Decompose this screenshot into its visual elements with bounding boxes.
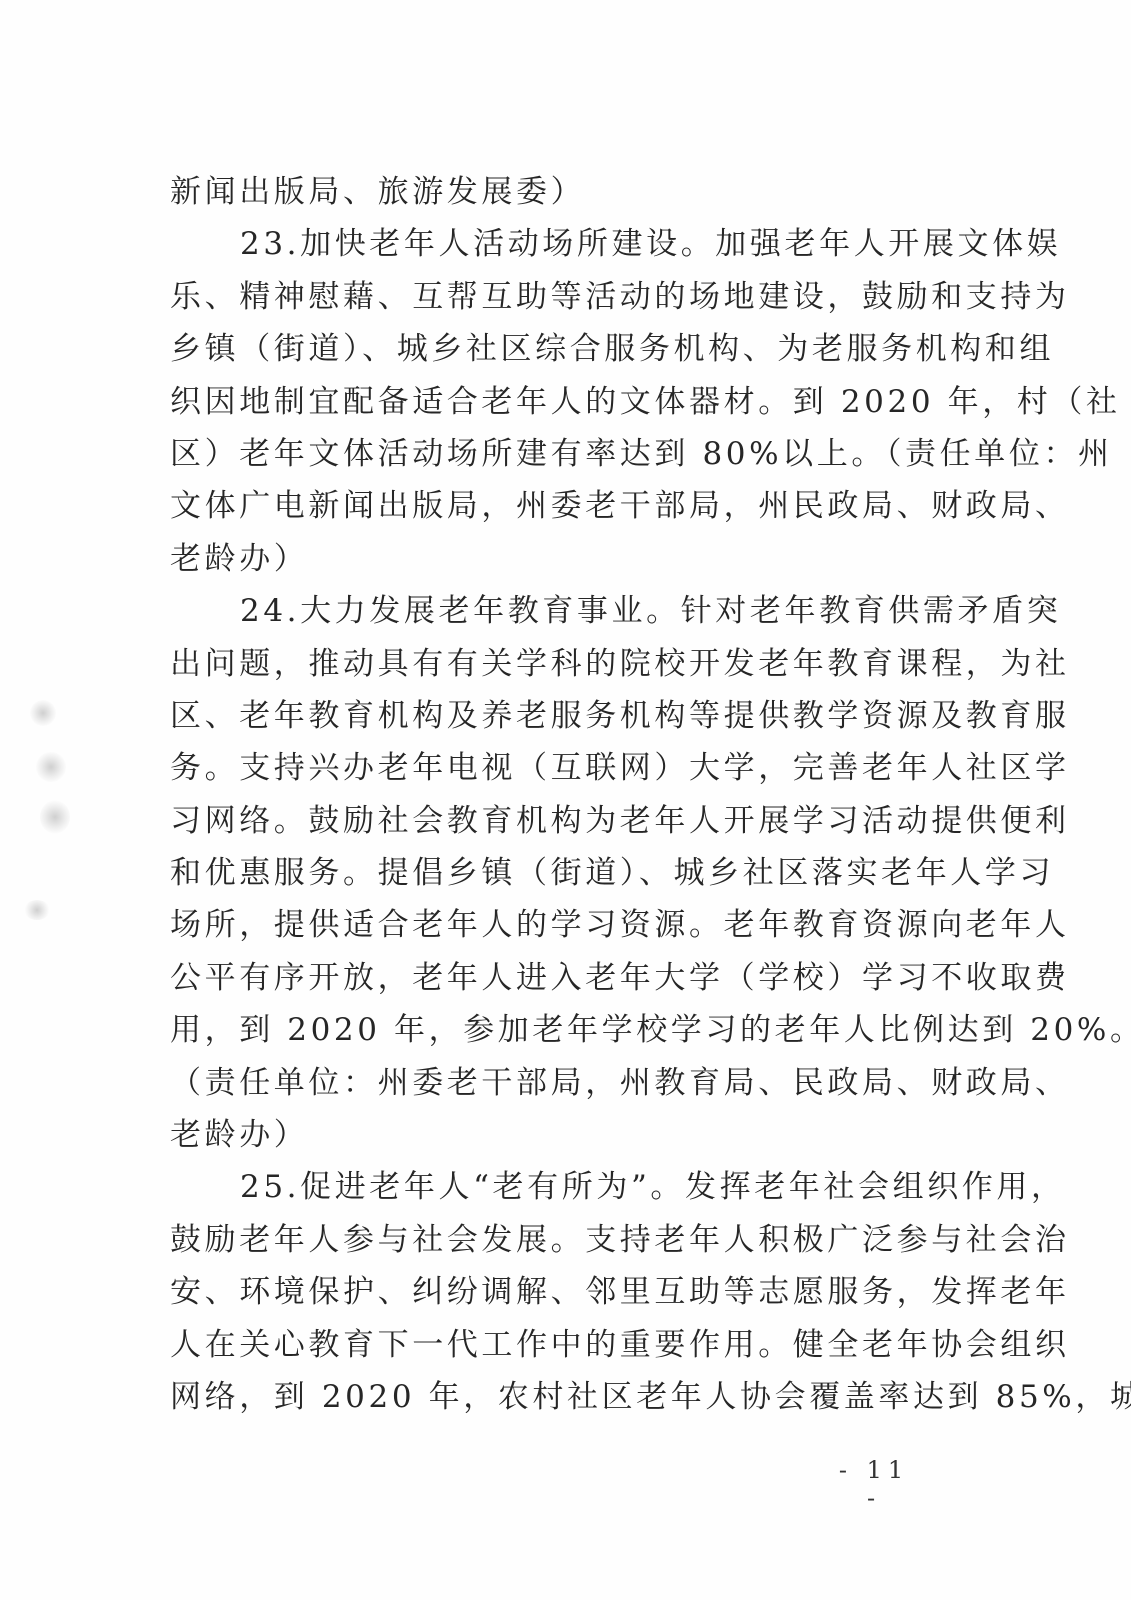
text-line: 区、老年教育机构及养老服务机构等提供教学资源及教育服 [170,690,942,742]
text-line: 文体广电新闻出版局，州委老干部局，州民政局、财政局、 [170,480,942,532]
text-line: 公平有序开放，老年人进入老年大学（学校）学习不收取费 [170,952,942,1004]
text-line: 新闻出版局、旅游发展委） [170,166,942,218]
text-line: 习网络。鼓励社会教育机构为老年人开展学习活动提供便利 [170,795,942,847]
text-line: 务。支持兴办老年电视（互联网）大学，完善老年人社区学 [170,742,942,794]
scan-speck [40,800,70,834]
scan-speck [30,700,56,726]
text-line: 用，到 2020 年，参加老年学校学习的老年人比例达到 20%。 [170,1004,942,1056]
text-line: 网络，到 2020 年，农村社区老年人协会覆盖率达到 85%，城 [170,1371,942,1423]
text-line: 出问题，推动具有有关学科的院校开发老年教育课程，为社 [170,638,942,690]
text-line: 场所，提供适合老年人的学习资源。老年教育资源向老年人 [170,899,942,951]
text-line: 乐、精神慰藉、互帮互助等活动的场地建设，鼓励和支持为 [170,271,942,323]
item-25-heading-line: 25.促进老年人“老有所为”。发挥老年社会组织作用， [170,1161,942,1213]
text-line: 和优惠服务。提倡乡镇（街道）、城乡社区落实老年人学习 [170,847,942,899]
document-body: 新闻出版局、旅游发展委） 23.加快老年人活动场所建设。加强老年人开展文体娱 乐… [170,166,942,1423]
text-line: 人在关心教育下一代工作中的重要作用。健全老年协会组织 [170,1319,942,1371]
scanned-page: 新闻出版局、旅游发展委） 23.加快老年人活动场所建设。加强老年人开展文体娱 乐… [0,0,1131,1600]
scan-speck [36,752,66,782]
scan-speck [24,900,50,920]
text-line: 老龄办） [170,1109,942,1161]
text-line: 安、环境保护、纠纷调解、邻里互助等志愿服务，发挥老年 [170,1266,942,1318]
text-line: 乡镇（街道）、城乡社区综合服务机构、为老服务机构和组 [170,323,942,375]
text-line: 织因地制宜配备适合老年人的文体器材。到 2020 年，村（社 [170,376,942,428]
text-line: （责任单位：州委老干部局，州教育局、民政局、财政局、 [170,1057,942,1109]
item-23-heading-line: 23.加快老年人活动场所建设。加强老年人开展文体娱 [170,218,942,270]
page-number: - 11 - [834,1456,914,1512]
text-line: 鼓励老年人参与社会发展。支持老年人积极广泛参与社会治 [170,1214,942,1266]
text-line: 区）老年文体活动场所建有率达到 80%以上。（责任单位：州 [170,428,942,480]
item-24-heading-line: 24.大力发展老年教育事业。针对老年教育供需矛盾突 [170,585,942,637]
text-line: 老龄办） [170,533,942,585]
